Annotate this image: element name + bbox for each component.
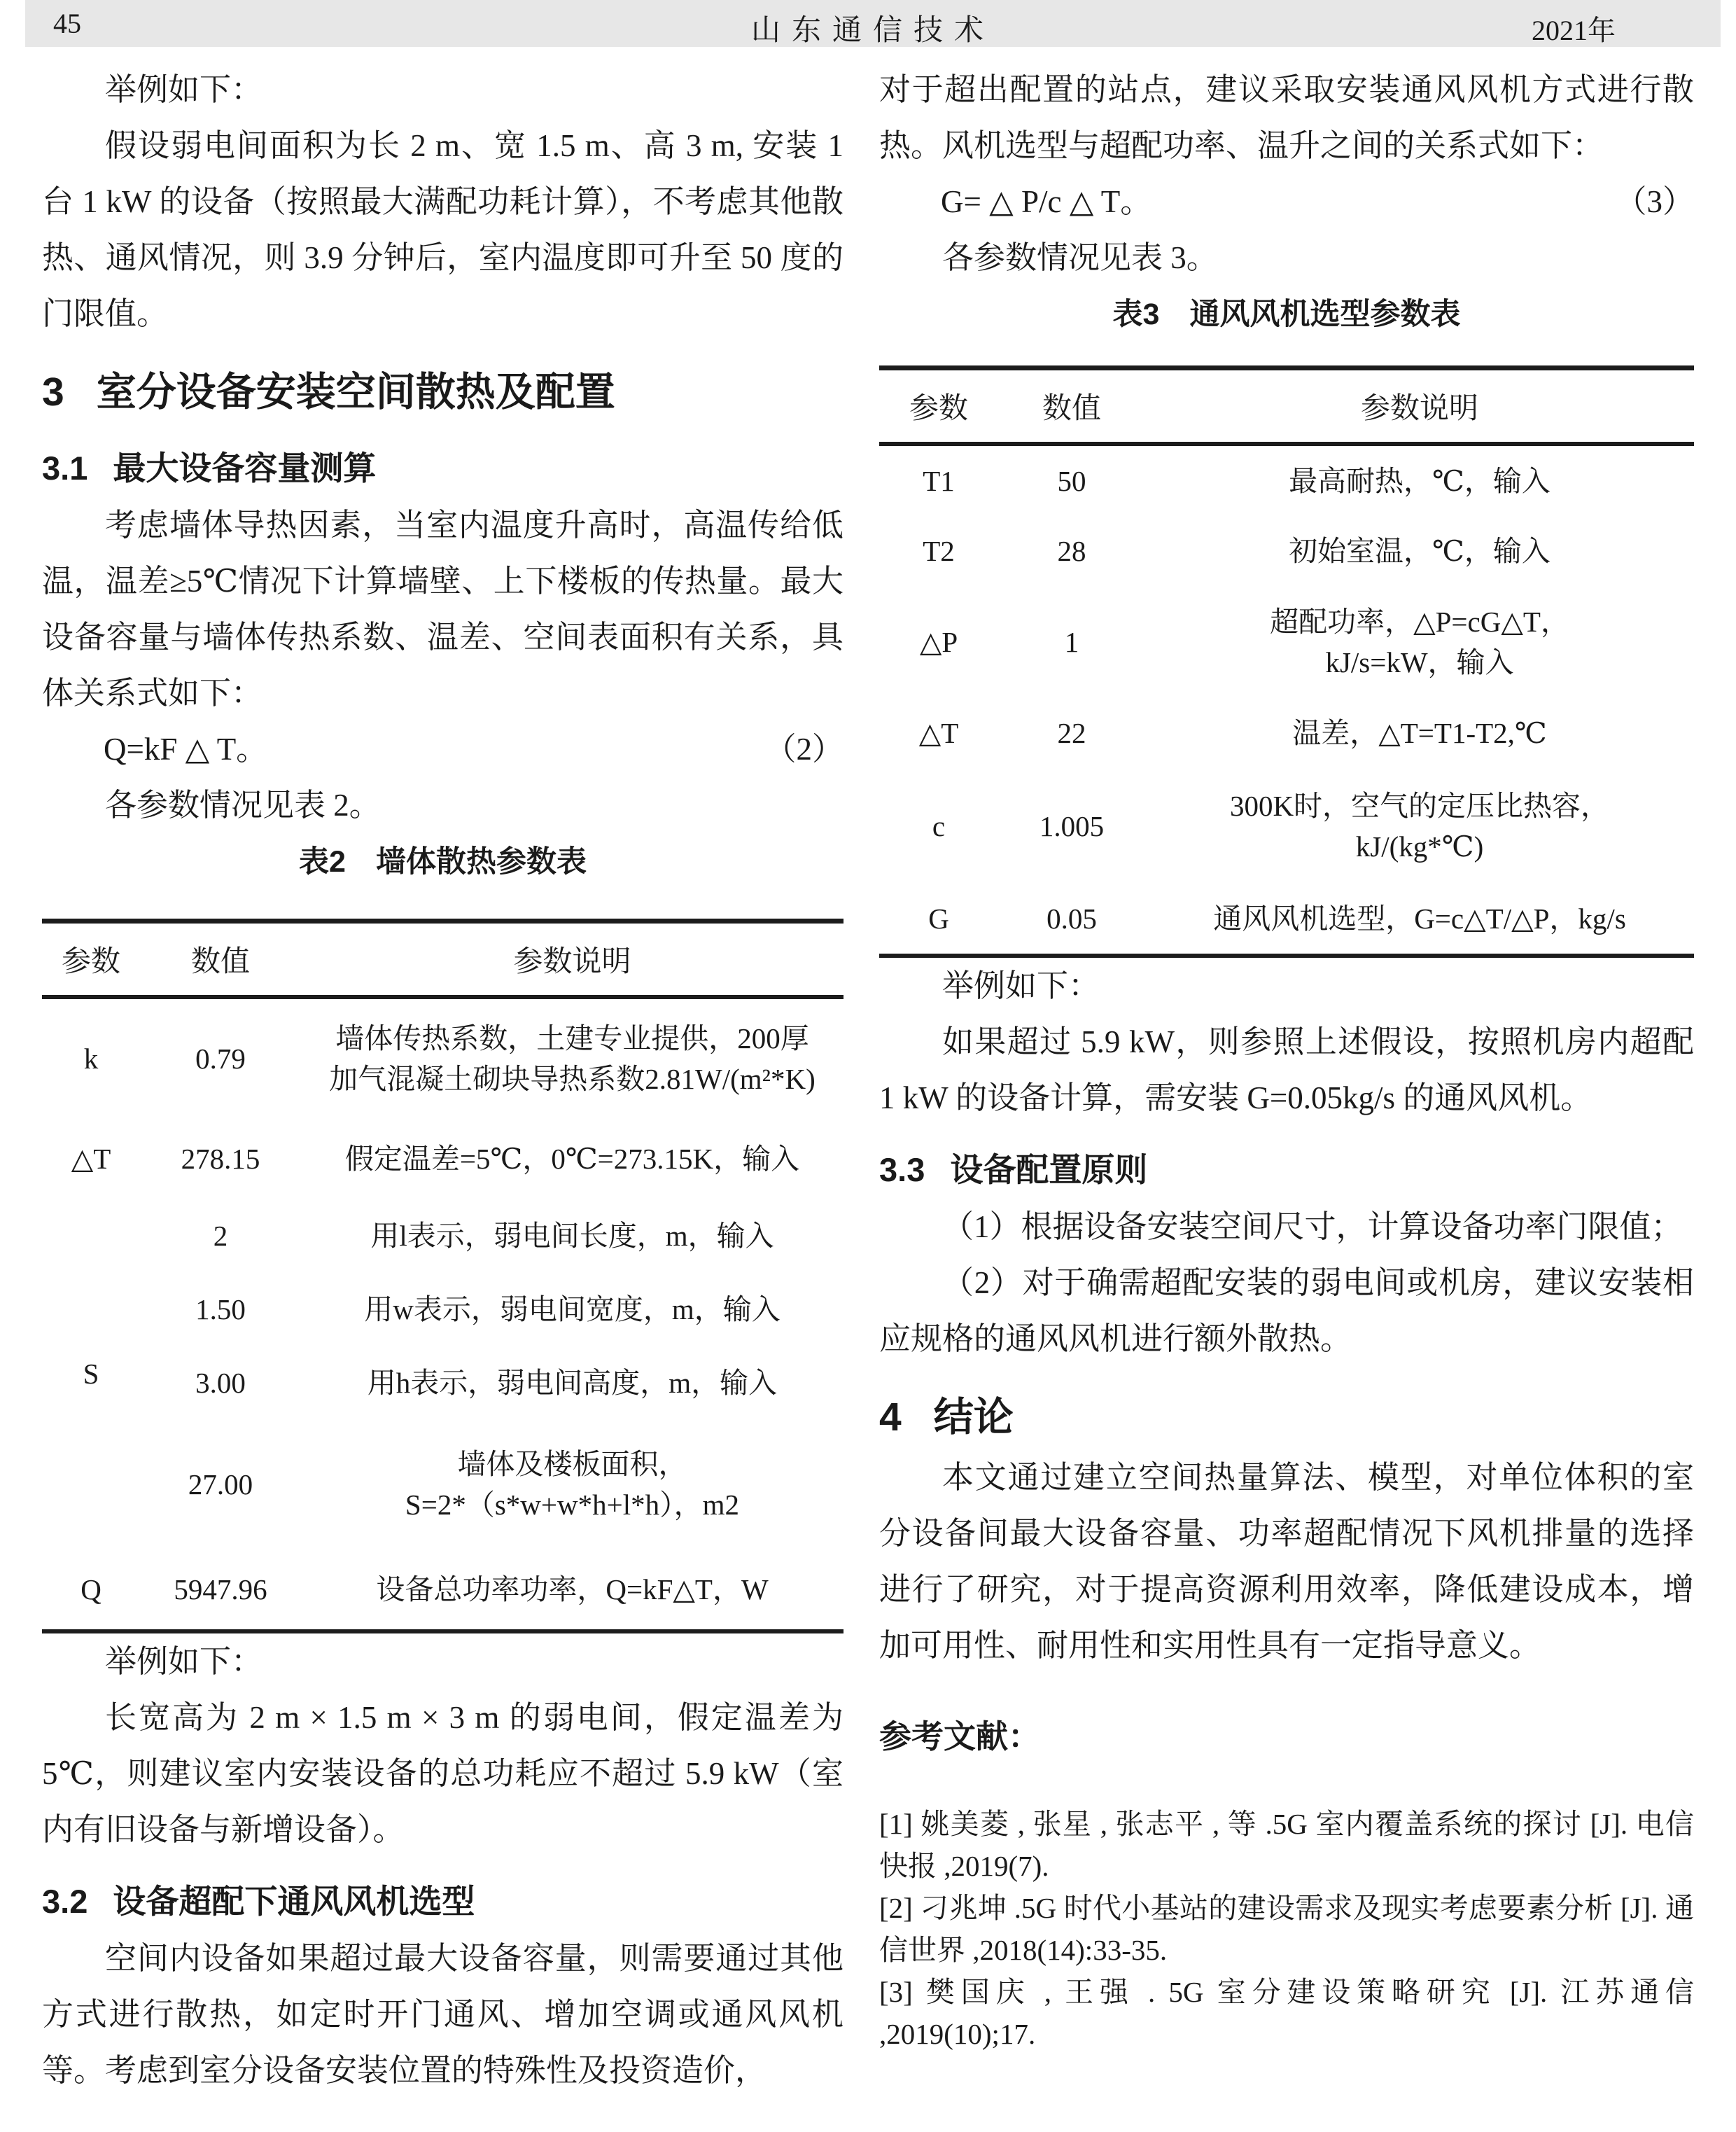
table-3-header-row: 参数 数值 参数说明: [879, 368, 1694, 445]
cell-param: △T: [879, 698, 998, 768]
cell-value: 278.15: [140, 1118, 301, 1199]
paragraph-assumption: 假设弱电间面积为长 2 m、宽 1.5 m、高 3 m, 安装 1 台 1 kW…: [42, 118, 843, 342]
issue-year: 2021年: [1532, 8, 1616, 48]
table-3-header-desc: 参数说明: [1145, 368, 1694, 445]
cell-desc: 假定温差=5℃，0℃=273.15K，输入: [301, 1118, 843, 1199]
table-row: 3.00 用h表示，弱电间高度，m，输入: [42, 1346, 843, 1419]
journal-title: 山东通信技术: [25, 7, 1721, 49]
section-3-3-heading: 3.3设备配置原则: [879, 1141, 1694, 1199]
conclusion-paragraph: 本文通过建立空间热量算法、模型，对单位体积的室分设备间最大设备容量、功率超配情况…: [879, 1449, 1694, 1673]
cell-value: 0.05: [998, 884, 1145, 956]
table-3-caption: 表3 通风风机选型参数表: [879, 287, 1694, 342]
table-2-caption: 表2 墙体散热参数表: [42, 835, 843, 889]
table-row: c 1.005 300K时，空气的定压比热容， kJ/(kg*℃): [879, 768, 1694, 884]
table-3-header-param: 参数: [879, 368, 998, 445]
cell-param-S: S: [42, 1199, 140, 1549]
example-intro-3: 举例如下：: [879, 958, 1694, 1014]
cell-desc: 温差，△T=T1-T2,℃: [1145, 698, 1694, 768]
formula-3-number: （3）: [1615, 174, 1694, 230]
cell-value: 5947.96: [140, 1549, 301, 1631]
cell-param: T1: [879, 444, 998, 516]
table-row: S 2 用l表示，弱电间长度，m，输入: [42, 1199, 843, 1272]
section-3-2-heading: 3.2设备超配下通风风机选型: [42, 1873, 843, 1930]
cell-desc: 设备总功率功率，Q=kF△T，W: [301, 1549, 843, 1631]
cell-desc: 通风风机选型，G=c△T/△P，kg/s: [1145, 884, 1694, 956]
section-4-title: 结论: [934, 1395, 1014, 1440]
table-row: T2 28 初始室温，℃，输入: [879, 516, 1694, 586]
see-table-2: 各参数情况见表 2。: [42, 777, 843, 833]
section-3-number: 3: [42, 370, 64, 414]
cell-param: Q: [42, 1549, 140, 1631]
section-3-1-heading: 3.1最大设备容量测算: [42, 440, 843, 497]
paragraph-overload: 空间内设备如果超过最大设备容量，则需要通过其他方式进行散热，如定时开门通风、增加…: [42, 1930, 843, 2098]
section-3-2-number: 3.2: [42, 1883, 87, 1920]
section-3-1-number: 3.1: [42, 450, 87, 487]
cell-value: 27.00: [140, 1419, 301, 1549]
principle-2: （2）对于确需超配安装的弱电间或机房，建议安装相应规格的通风风机进行额外散热。: [879, 1255, 1694, 1367]
cell-desc: 超配功率，△P=cG△T， kJ/s=kW，输入: [1145, 586, 1694, 698]
cell-param: c: [879, 768, 998, 884]
paragraph-example-1: 长宽高为 2 m × 1.5 m × 3 m 的弱电间，假定温差为 5℃，则建议…: [42, 1689, 843, 1858]
table-row: △T 278.15 假定温差=5℃，0℃=273.15K，输入: [42, 1118, 843, 1199]
table-row: Q 5947.96 设备总功率功率，Q=kF△T，W: [42, 1549, 843, 1631]
cell-value: 1.50: [140, 1272, 301, 1346]
page-header: 45 山东通信技术 2021年: [25, 0, 1721, 47]
example-intro-1: 举例如下：: [42, 62, 843, 118]
table-2-header-value: 数值: [140, 921, 301, 998]
formula-2: Q=kF △ T。 （2）: [42, 721, 843, 777]
formula-2-number: （2）: [764, 721, 843, 777]
table-row: G 0.05 通风风机选型，G=c△T/△P，kg/s: [879, 884, 1694, 956]
table-row: △P 1 超配功率，△P=cG△T， kJ/s=kW，输入: [879, 586, 1694, 698]
cell-param: △T: [42, 1118, 140, 1199]
see-table-3: 各参数情况见表 3。: [879, 230, 1694, 286]
table-row: 1.50 用w表示，弱电间宽度，m，输入: [42, 1272, 843, 1346]
section-4-number: 4: [879, 1395, 902, 1440]
cell-value: 3.00: [140, 1346, 301, 1419]
paragraph-wall-heat: 考虑墙体导热因素，当室内温度升高时，高温传给低温，温差≥5℃情况下计算墙壁、上下…: [42, 497, 843, 721]
reference-item: [1] 姚美菱 , 张星 , 张志平 , 等 .5G 室内覆盖系统的探讨 [J]…: [879, 1803, 1694, 1887]
table-2-header-param: 参数: [42, 921, 140, 998]
cell-param: T2: [879, 516, 998, 586]
section-3-3-title: 设备配置原则: [950, 1151, 1147, 1188]
formula-3-expression: G= △ P/c △ T。: [941, 174, 1151, 230]
cell-desc: 墙体及楼板面积， S=2*（s*w+w*h+l*h），m2: [301, 1419, 843, 1549]
cell-param: k: [42, 997, 140, 1118]
cell-desc: 最高耐热，℃，输入: [1145, 444, 1694, 516]
cell-desc: 用w表示，弱电间宽度，m，输入: [301, 1272, 843, 1346]
section-3-heading: 3室分设备安装空间散热及配置: [42, 360, 843, 424]
cell-value: 1.005: [998, 768, 1145, 884]
table-2-header-desc: 参数说明: [301, 921, 843, 998]
cell-value: 50: [998, 444, 1145, 516]
paragraph-example-2: 如果超过 5.9 kW，则参照上述假设，按照机房内超配 1 kW 的设备计算，需…: [879, 1014, 1694, 1126]
principle-1: （1）根据设备安装空间尺寸，计算设备功率门限值；: [879, 1199, 1694, 1255]
cell-value: 22: [998, 698, 1145, 768]
section-3-1-title: 最大设备容量测算: [113, 450, 376, 487]
formula-2-expression: Q=kF △ T。: [104, 721, 267, 777]
section-3-title: 室分设备安装空间散热及配置: [97, 370, 615, 414]
cell-param: △P: [879, 586, 998, 698]
table-3-header-value: 数值: [998, 368, 1145, 445]
cell-desc: 300K时，空气的定压比热容， kJ/(kg*℃): [1145, 768, 1694, 884]
cell-desc: 用h表示，弱电间高度，m，输入: [301, 1346, 843, 1419]
table-2: 参数 数值 参数说明 k 0.79 墙体传热系数，土建专业提供，200厚 加气混…: [42, 919, 843, 1633]
reference-item: [3] 樊国庆 , 王强 . 5G 室分建设策略研究 [J]. 江苏通信 ,20…: [879, 1971, 1694, 2055]
table-row: T1 50 最高耐热，℃，输入: [879, 444, 1694, 516]
formula-3: G= △ P/c △ T。 （3）: [879, 174, 1694, 230]
cell-param: G: [879, 884, 998, 956]
cell-value: 0.79: [140, 997, 301, 1118]
right-column: 对于超出配置的站点，建议采取安装通风风机方式进行散热。风机选型与超配功率、温升之…: [879, 62, 1694, 2055]
table-3: 参数 数值 参数说明 T1 50 最高耐热，℃，输入 T2 28 初始室温，℃，…: [879, 365, 1694, 958]
table-row: k 0.79 墙体传热系数，土建专业提供，200厚 加气混凝土砌块导热系数2.8…: [42, 997, 843, 1118]
example-intro-2: 举例如下：: [42, 1633, 843, 1689]
section-4-heading: 4结论: [879, 1385, 1694, 1449]
paragraph-fan: 对于超出配置的站点，建议采取安装通风风机方式进行散热。风机选型与超配功率、温升之…: [879, 62, 1694, 174]
references-list: [1] 姚美菱 , 张星 , 张志平 , 等 .5G 室内覆盖系统的探讨 [J]…: [879, 1803, 1694, 2055]
left-column: 举例如下： 假设弱电间面积为长 2 m、宽 1.5 m、高 3 m, 安装 1 …: [42, 62, 843, 2098]
cell-value: 28: [998, 516, 1145, 586]
cell-desc: 墙体传热系数，土建专业提供，200厚 加气混凝土砌块导热系数2.81W/(m²*…: [301, 997, 843, 1118]
cell-value: 2: [140, 1199, 301, 1272]
table-2-header-row: 参数 数值 参数说明: [42, 921, 843, 998]
references-heading: 参考文献：: [879, 1712, 1694, 1761]
table-row: △T 22 温差，△T=T1-T2,℃: [879, 698, 1694, 768]
section-3-3-number: 3.3: [879, 1151, 925, 1188]
cell-desc: 初始室温，℃，输入: [1145, 516, 1694, 586]
cell-value: 1: [998, 586, 1145, 698]
table-row: 27.00 墙体及楼板面积， S=2*（s*w+w*h+l*h），m2: [42, 1419, 843, 1549]
reference-item: [2] 刁兆坤 .5G 时代小基站的建设需求及现实考虑要素分析 [J]. 通信世…: [879, 1887, 1694, 1971]
cell-desc: 用l表示，弱电间长度，m，输入: [301, 1199, 843, 1272]
section-3-2-title: 设备超配下通风风机选型: [113, 1883, 475, 1920]
